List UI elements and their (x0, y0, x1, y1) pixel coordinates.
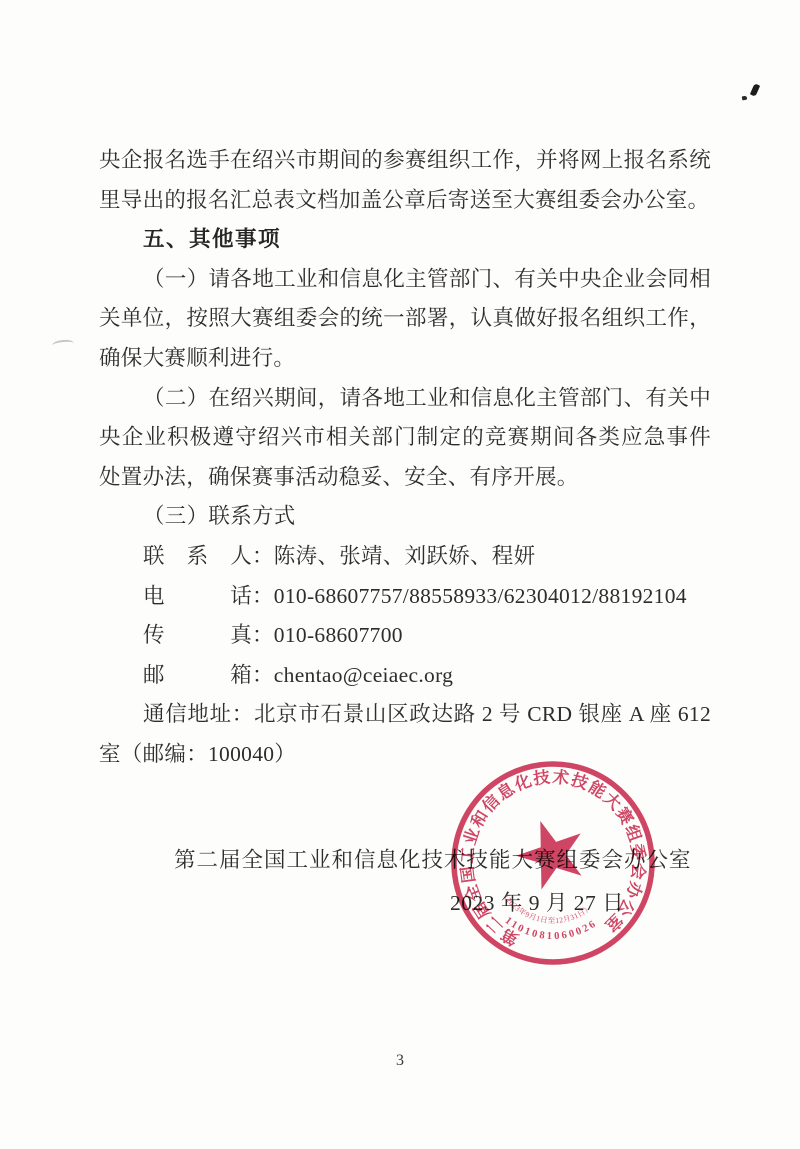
address-line: 通信地址：北京市石景山区政达路 2 号 CRD 银座 A 座 612 (99, 695, 711, 735)
body-line: 央企报名选手在绍兴市期间的参赛组织工作，并将网上报名系统 (99, 141, 711, 181)
body-line: 央企业积极遵守绍兴市相关部门制定的竞赛期间各类应急事件 (99, 418, 711, 458)
body-text: 央企报名选手在绍兴市期间的参赛组织工作，并将网上报名系统 里导出的报名汇总表文档… (99, 141, 711, 775)
body-line: （一）请各地工业和信息化主管部门、有关中央企业会同相 (99, 260, 711, 300)
body-line: 里导出的报名汇总表文档加盖公章后寄送至大赛组委会办公室。 (99, 181, 711, 221)
phone-line: 电 话：010-68607757/88558933/62304012/88192… (99, 577, 711, 617)
ink-mark (750, 83, 760, 96)
body-line: 关单位，按照大赛组委会的统一部署，认真做好报名组织工作， (99, 299, 711, 339)
body-line: （二）在绍兴期间，请各地工业和信息化主管部门、有关中 (99, 379, 711, 419)
ink-squiggle-mark (52, 339, 75, 350)
subsection-heading: （三）联系方式 (99, 497, 711, 537)
body-line: 处置办法，确保赛事活动稳妥、安全、有序开展。 (99, 458, 711, 498)
signature-date: 2023 年 9 月 27 日 (450, 888, 624, 918)
body-line: 确保大赛顺利进行。 (99, 339, 711, 379)
page-number: 3 (0, 1052, 800, 1070)
address-line-2: 室（邮编：100040） (99, 735, 711, 775)
fax-line: 传 真：010-68607700 (99, 616, 711, 656)
ink-mark (742, 96, 748, 101)
document-page: 央企报名选手在绍兴市期间的参赛组织工作，并将网上报名系统 里导出的报名汇总表文档… (0, 0, 800, 1149)
signature-org: 第二届全国工业和信息化技术技能大赛组委会办公室 (174, 845, 692, 875)
contact-person-line: 联 系 人：陈涛、张靖、刘跃娇、程妍 (99, 537, 711, 577)
section-heading: 五、其他事项 (99, 220, 711, 260)
email-line: 邮 箱：chentao@ceiaec.org (99, 656, 711, 696)
